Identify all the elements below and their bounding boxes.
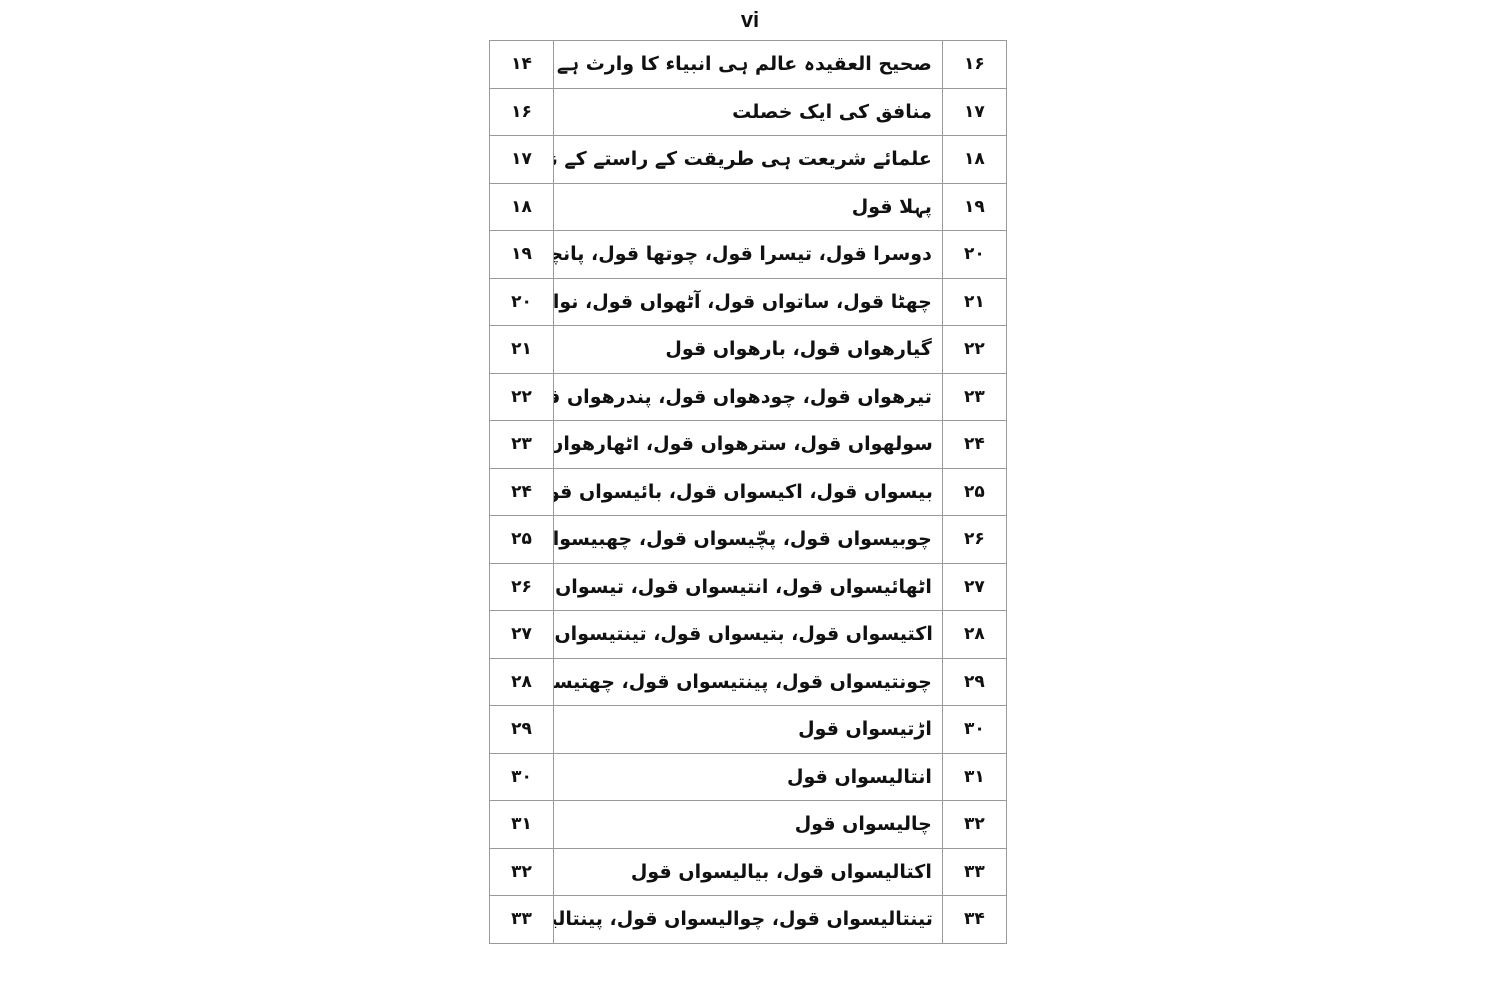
toc-page-number: ۱۶ bbox=[490, 88, 554, 136]
toc-entry-index: ۱۸ bbox=[942, 136, 1006, 184]
toc-entry-title: چونتیسواں قول، پینتیسواں قول، چھتیسواں ق… bbox=[554, 658, 943, 706]
toc-entry-index: ۳۱ bbox=[942, 753, 1006, 801]
toc-entry-title: اٹھائیسواں قول، انتیسواں قول، تیسواں قول bbox=[554, 563, 943, 611]
toc-row: ۲۴بیسواں قول، اکیسواں قول، بائیسواں قول،… bbox=[490, 468, 1007, 516]
toc-entry-title: چالیسواں قول bbox=[554, 801, 943, 849]
toc-row: ۱۴صحیح العقیدہ عالم ہی انبیاء کا وارث ہے… bbox=[490, 41, 1007, 89]
toc-row: ۲۳سولھواں قول، سترھواں قول، اٹھارھواں قو… bbox=[490, 421, 1007, 469]
toc-row: ۳۱چالیسواں قول۳۲ bbox=[490, 801, 1007, 849]
toc-entry-title: اکتالیسواں قول، بیالیسواں قول bbox=[554, 848, 943, 896]
toc-entry-title: گیارھواں قول، بارھواں قول bbox=[554, 326, 943, 374]
toc-entry-index: ۲۵ bbox=[942, 468, 1006, 516]
toc-page-number: ۲۸ bbox=[490, 658, 554, 706]
toc-page-number: ۲۹ bbox=[490, 706, 554, 754]
toc-page-number: ۲۴ bbox=[490, 468, 554, 516]
toc-row: ۱۸پہلا قول۱۹ bbox=[490, 183, 1007, 231]
toc-page-number: ۲۶ bbox=[490, 563, 554, 611]
toc-entry-title: دوسرا قول، تیسرا قول، چوتھا قول، پانچواں… bbox=[554, 231, 943, 279]
toc-row: ۲۸چونتیسواں قول، پینتیسواں قول، چھتیسواں… bbox=[490, 658, 1007, 706]
toc-entry-title: انتالیسواں قول bbox=[554, 753, 943, 801]
toc-body: ۱۴صحیح العقیدہ عالم ہی انبیاء کا وارث ہے… bbox=[490, 41, 1007, 944]
toc-entry-index: ۲۲ bbox=[942, 326, 1006, 374]
toc-entry-index: ۳۲ bbox=[942, 801, 1006, 849]
toc-row: ۲۲تیرھواں قول، چودھواں قول، پندرھواں قول… bbox=[490, 373, 1007, 421]
toc-page-number: ۲۳ bbox=[490, 421, 554, 469]
toc-entry-index: ۲۰ bbox=[942, 231, 1006, 279]
toc-entry-title: پہلا قول bbox=[554, 183, 943, 231]
toc-entry-title: اڑتیسواں قول bbox=[554, 706, 943, 754]
toc-entry-title: علمائے شریعت ہی طریقت کے راستے کے نگہبان… bbox=[554, 136, 943, 184]
toc-entry-index: ۲۸ bbox=[942, 611, 1006, 659]
toc-entry-index: ۲۴ bbox=[942, 421, 1006, 469]
toc-entry-index: ۳۴ bbox=[942, 896, 1006, 944]
toc-entry-index: ۳۳ bbox=[942, 848, 1006, 896]
toc-entry-title: صحیح العقیدہ عالم ہی انبیاء کا وارث ہے۔ bbox=[554, 41, 943, 89]
toc-entry-index: ۲۶ bbox=[942, 516, 1006, 564]
toc-page-number: ۱۷ bbox=[490, 136, 554, 184]
toc-page-number: ۱۴ bbox=[490, 41, 554, 89]
toc-row: ۲۵چوبیسواں قول، پچّیسواں قول، چھبیسواں ق… bbox=[490, 516, 1007, 564]
toc-page-number: ۲۵ bbox=[490, 516, 554, 564]
toc-page-number: ۳۲ bbox=[490, 848, 554, 896]
toc-entry-title: اکتیسواں قول، بتیسواں قول، تینتیسواں قول bbox=[554, 611, 943, 659]
toc-entry-title: تیرھواں قول، چودھواں قول، پندرھواں قول bbox=[554, 373, 943, 421]
toc-entry-index: ۱۶ bbox=[942, 41, 1006, 89]
toc-page-number: ۲۱ bbox=[490, 326, 554, 374]
toc-page-number: ۳۰ bbox=[490, 753, 554, 801]
toc-entry-index: ۱۷ bbox=[942, 88, 1006, 136]
toc-entry-title: چھٹا قول، ساتواں قول، آٹھواں قول، نواں ق… bbox=[554, 278, 943, 326]
toc-row: ۲۰چھٹا قول، ساتواں قول، آٹھواں قول، نواں… bbox=[490, 278, 1007, 326]
toc-row: ۲۶اٹھائیسواں قول، انتیسواں قول، تیسواں ق… bbox=[490, 563, 1007, 611]
toc-page-number: ۲۰ bbox=[490, 278, 554, 326]
toc-row: ۱۷علمائے شریعت ہی طریقت کے راستے کے نگہب… bbox=[490, 136, 1007, 184]
toc-row: ۲۷اکتیسواں قول، بتیسواں قول، تینتیسواں ق… bbox=[490, 611, 1007, 659]
toc-page-number: ۱۹ bbox=[490, 231, 554, 279]
table-of-contents: ۱۴صحیح العقیدہ عالم ہی انبیاء کا وارث ہے… bbox=[489, 40, 1007, 944]
toc-page-number: ۳۳ bbox=[490, 896, 554, 944]
toc-entry-title: منافق کی ایک خصلت bbox=[554, 88, 943, 136]
toc-row: ۲۱گیارھواں قول، بارھواں قول۲۲ bbox=[490, 326, 1007, 374]
toc-page-number: ۳۱ bbox=[490, 801, 554, 849]
toc-row: ۳۰انتالیسواں قول۳۱ bbox=[490, 753, 1007, 801]
toc-row: ۱۹دوسرا قول، تیسرا قول، چوتھا قول، پانچو… bbox=[490, 231, 1007, 279]
toc-row: ۳۲اکتالیسواں قول، بیالیسواں قول۳۳ bbox=[490, 848, 1007, 896]
toc-entry-index: ۳۰ bbox=[942, 706, 1006, 754]
toc-row: ۲۹اڑتیسواں قول۳۰ bbox=[490, 706, 1007, 754]
toc-entry-title: تینتالیسواں قول، چوالیسواں قول، پینتالیس… bbox=[554, 896, 943, 944]
toc-entry-index: ۱۹ bbox=[942, 183, 1006, 231]
toc-row: ۳۳تینتالیسواں قول، چوالیسواں قول، پینتال… bbox=[490, 896, 1007, 944]
toc-row: ۱۶منافق کی ایک خصلت۱۷ bbox=[490, 88, 1007, 136]
toc-entry-title: سولھواں قول، سترھواں قول، اٹھارھواں قول،… bbox=[554, 421, 943, 469]
toc-entry-index: ۲۷ bbox=[942, 563, 1006, 611]
toc-entry-title: بیسواں قول، اکیسواں قول، بائیسواں قول، ت… bbox=[554, 468, 943, 516]
toc-entry-index: ۲۹ bbox=[942, 658, 1006, 706]
toc-entry-title: چوبیسواں قول، پچّیسواں قول، چھبیسواں قول… bbox=[554, 516, 943, 564]
toc-page-number: ۲۷ bbox=[490, 611, 554, 659]
toc-page-number: ۱۸ bbox=[490, 183, 554, 231]
toc-entry-index: ۲۱ bbox=[942, 278, 1006, 326]
page-number: vi bbox=[0, 6, 1500, 34]
toc-page-number: ۲۲ bbox=[490, 373, 554, 421]
toc-entry-index: ۲۳ bbox=[942, 373, 1006, 421]
